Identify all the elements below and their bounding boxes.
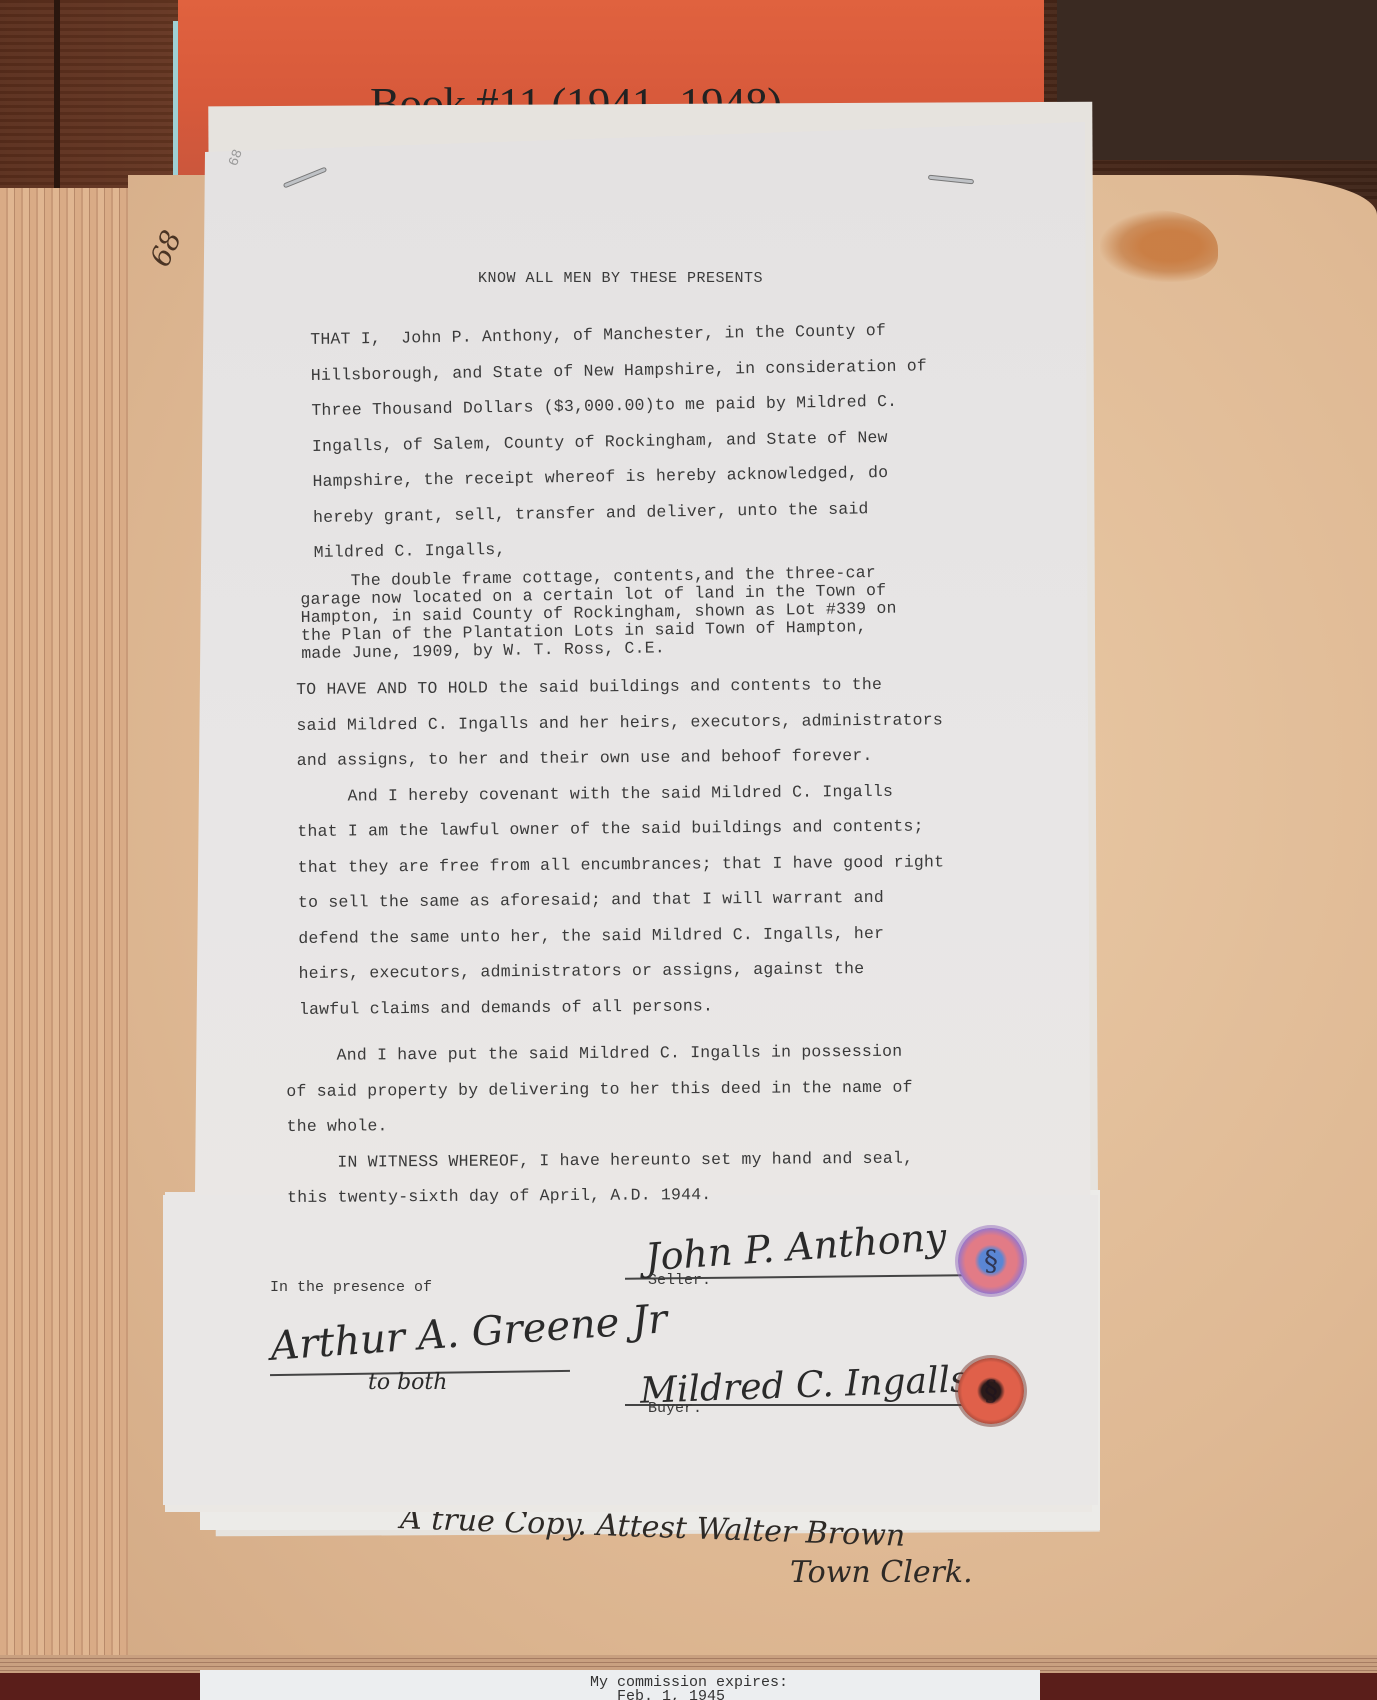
buyer-role-label: Buyer.	[648, 1400, 702, 1417]
witness-note: to both	[368, 1370, 447, 1395]
deed-property-description: The double frame cottage, contents,and t…	[300, 564, 897, 663]
deed-heading: KNOW ALL MEN BY THESE PRESENTS	[478, 270, 763, 287]
deed-grant-paragraph: THAT I, John P. Anthony, of Manchester, …	[310, 312, 930, 570]
wood-shadow	[1057, 0, 1377, 160]
clerk-title: Town Clerk.	[790, 1555, 973, 1590]
deed-habendum-covenant: TO HAVE AND TO HOLD the said buildings a…	[296, 666, 946, 1027]
notary-commission-text: My commission expires: Feb. 1, 1945	[590, 1676, 788, 1700]
buyer-seal-icon: §	[958, 1358, 1024, 1424]
deed-possession-witness: And I have put the said Mildred C. Ingal…	[286, 1034, 914, 1216]
wood-seam	[54, 0, 60, 200]
witness-label: In the presence of	[270, 1279, 432, 1296]
seller-role-label: Seller.	[648, 1272, 711, 1289]
seller-seal-icon: §	[958, 1228, 1024, 1294]
book-page-edges	[0, 188, 140, 1668]
